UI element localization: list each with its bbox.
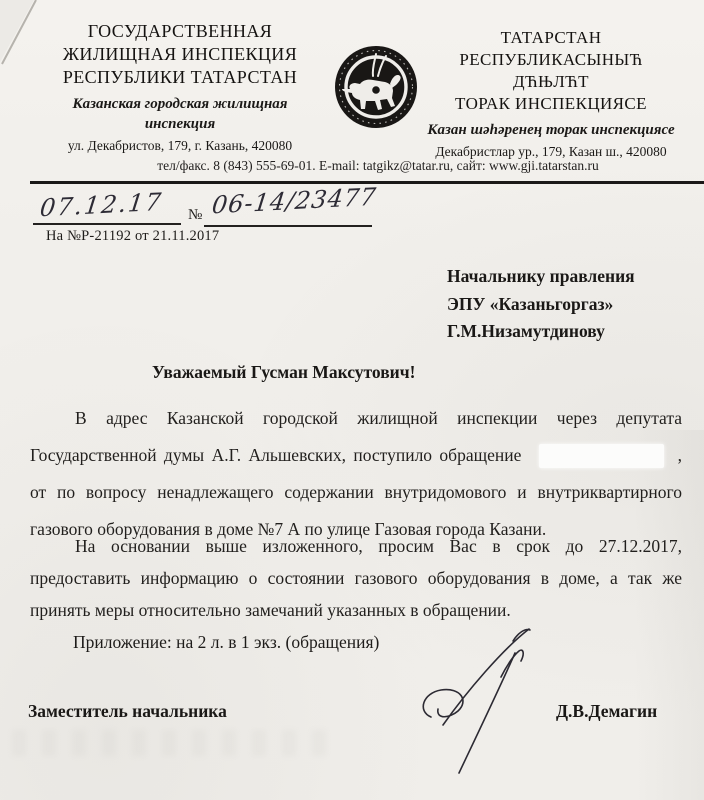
signer-position-title: Заместитель начальника bbox=[28, 701, 227, 722]
body-line: от по вопросу ненадлежащего содержании в… bbox=[30, 474, 682, 511]
body-paragraph-1: В адрес Казанской городской жилищной инс… bbox=[30, 400, 682, 548]
tatarstan-coat-of-arms-icon bbox=[333, 44, 419, 130]
body-line: На основании выше изложенного, просим Ва… bbox=[30, 530, 682, 562]
handwritten-outgoing-number: 06-14/23477 bbox=[210, 183, 378, 220]
addressee-block: Начальнику правления ЭПУ «Казаньгоргаз» … bbox=[447, 263, 635, 346]
org-title-tat-line: ДЋЊЛЋТ bbox=[408, 71, 694, 93]
scanned-letter-page: ГОСУДАРСТВЕННАЯ ЖИЛИЩНАЯ ИНСПЕКЦИЯ РЕСПУ… bbox=[0, 0, 704, 800]
body-line-segment: , bbox=[678, 437, 682, 474]
redaction-box bbox=[539, 444, 663, 468]
org-title-tat-line: ТОРАК ИНСПЕКЦИЯСЕ bbox=[408, 93, 694, 115]
signer-name: Д.В.Демагин bbox=[556, 701, 657, 722]
letterhead-right: ТАТАРСТАН РЕСПУБЛИКАСЫНЫЋ ДЋЊЛЋТ ТОРАК И… bbox=[408, 27, 694, 160]
reply-to-reference: На №Р-21192 от 21.11.2017 bbox=[46, 228, 219, 245]
body-line: В адрес Казанской городской жилищной инс… bbox=[30, 400, 682, 437]
org-title-ru-line: ГОСУДАРСТВЕННАЯ bbox=[28, 20, 332, 43]
org-title-tat-line: ТАТАРСТАН bbox=[408, 27, 694, 49]
contact-line: тел/факс. 8 (843) 555-69-01. E-mail: tat… bbox=[56, 158, 700, 174]
letterhead-left: ГОСУДАРСТВЕННАЯ ЖИЛИЩНАЯ ИНСПЕКЦИЯ РЕСПУ… bbox=[28, 20, 332, 154]
date-underline bbox=[33, 223, 181, 225]
org-title-ru-line: РЕСПУБЛИКИ ТАТАРСТАН bbox=[28, 66, 332, 89]
body-paragraph-2: На основании выше изложенного, просим Ва… bbox=[30, 530, 682, 626]
org-title-ru-line: ЖИЛИЩНАЯ ИНСПЕКЦИЯ bbox=[28, 43, 332, 66]
body-line-segment: Государственной думы А.Г. Альшевских, по… bbox=[30, 437, 521, 474]
org-subtitle-tat: Казан шәһәренең торак инспекциясе bbox=[408, 120, 694, 140]
attachment-note: Приложение: на 2 л. в 1 экз. (обращения) bbox=[30, 626, 682, 658]
body-line: предоставить информацию о состоянии газо… bbox=[30, 562, 682, 594]
body-line-with-redaction: Государственной думы А.Г. Альшевских, по… bbox=[30, 437, 682, 474]
addressee-line: Начальнику правления bbox=[447, 263, 635, 291]
org-title-tat-line: РЕСПУБЛИКАСЫНЫЋ bbox=[408, 49, 694, 71]
scan-smudge bbox=[12, 730, 342, 756]
number-sign: № bbox=[188, 207, 202, 224]
number-underline bbox=[204, 225, 372, 227]
org-address-ru: ул. Декабристов, 179, г. Казань, 420080 bbox=[28, 138, 332, 154]
salutation: Уважаемый Гусман Максутович! bbox=[152, 362, 415, 383]
handwritten-date: 07.12.17 bbox=[38, 188, 164, 223]
attachment-text: Приложение: на 2 л. в 1 экз. (обращения) bbox=[30, 626, 682, 658]
org-subtitle-ru: Казанская городская жилищная инспекция bbox=[56, 94, 304, 134]
body-line: принять меры относительно замечаний указ… bbox=[30, 594, 682, 626]
addressee-line: Г.М.Низамутдинову bbox=[447, 318, 635, 346]
handwritten-signature bbox=[415, 627, 555, 777]
addressee-line: ЭПУ «Казаньгоргаз» bbox=[447, 291, 635, 319]
